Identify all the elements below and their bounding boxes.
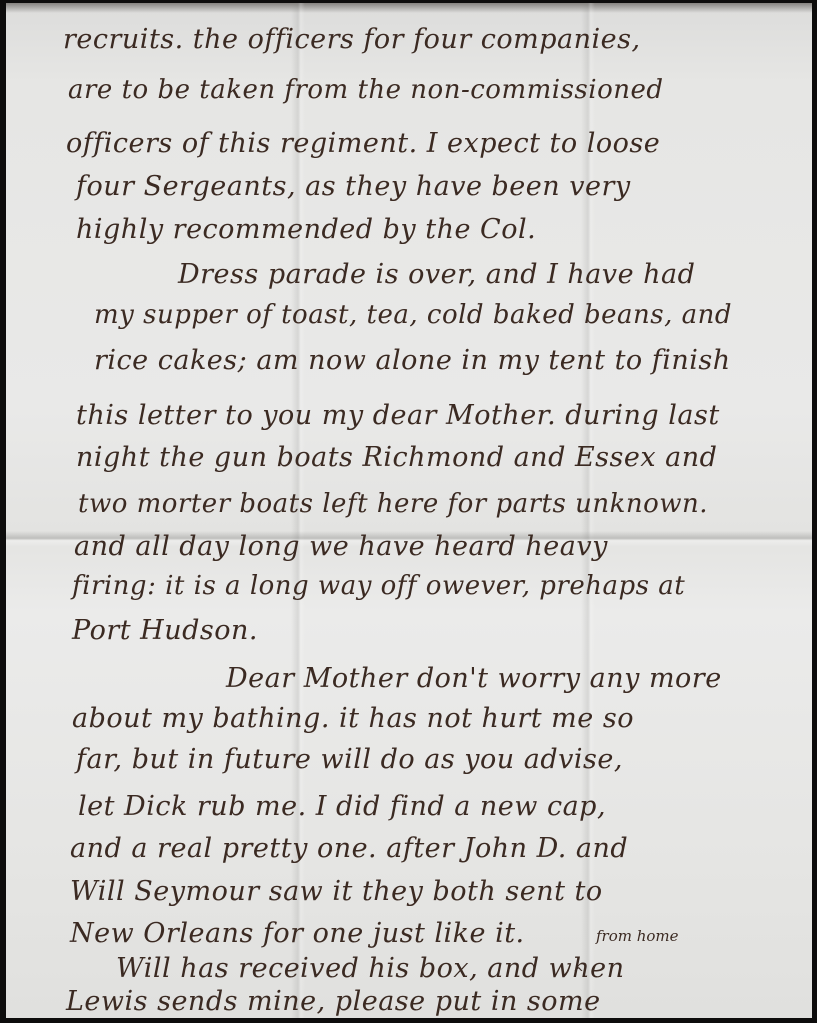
letter-line: Dress parade is over, and I have had xyxy=(178,261,695,288)
letter-line: this letter to you my dear Mother. durin… xyxy=(76,402,720,429)
letter-line: are to be taken from the non-commissione… xyxy=(68,77,664,103)
letter-line: Port Hudson. xyxy=(72,617,258,644)
letter-line: highly recommended by the Col. xyxy=(76,216,536,243)
letter-line: two morter boats left here for parts unk… xyxy=(78,491,708,517)
letter-line: Lewis sends mine, please put in some xyxy=(66,988,601,1015)
letter-line: night the gun boats Richmond and Essex a… xyxy=(76,444,717,471)
letter-line: officers of this regiment. I expect to l… xyxy=(66,130,660,157)
letter-line: and all day long we have heard heavy xyxy=(74,533,608,560)
interlinear-insertion: from home xyxy=(596,927,679,945)
letter-line: Will has received his box, and when xyxy=(116,955,625,982)
letter-line: New Orleans for one just like it. xyxy=(70,920,525,947)
letter-line: about my bathing. it has not hurt me so xyxy=(72,705,634,732)
letter-line: and a real pretty one. after John D. and xyxy=(70,835,628,862)
letter-line: let Dick rub me. I did find a new cap, xyxy=(78,793,606,820)
letter-line: firing: it is a long way off owever, pre… xyxy=(72,573,685,599)
letter-line: Dear Mother don't worry any more xyxy=(226,665,722,692)
letter-line: four Sergeants, as they have been very xyxy=(76,173,631,200)
letter-line: rice cakes; am now alone in my tent to f… xyxy=(94,347,731,374)
letter-page: recruits. the officers for four companie… xyxy=(6,3,812,1018)
letter-line: recruits. the officers for four companie… xyxy=(63,26,641,53)
letter-line: Will Seymour saw it they both sent to xyxy=(70,878,603,905)
letter-line: my supper of toast, tea, cold baked bean… xyxy=(94,302,732,328)
letter-line: far, but in future will do as you advise… xyxy=(76,746,623,773)
